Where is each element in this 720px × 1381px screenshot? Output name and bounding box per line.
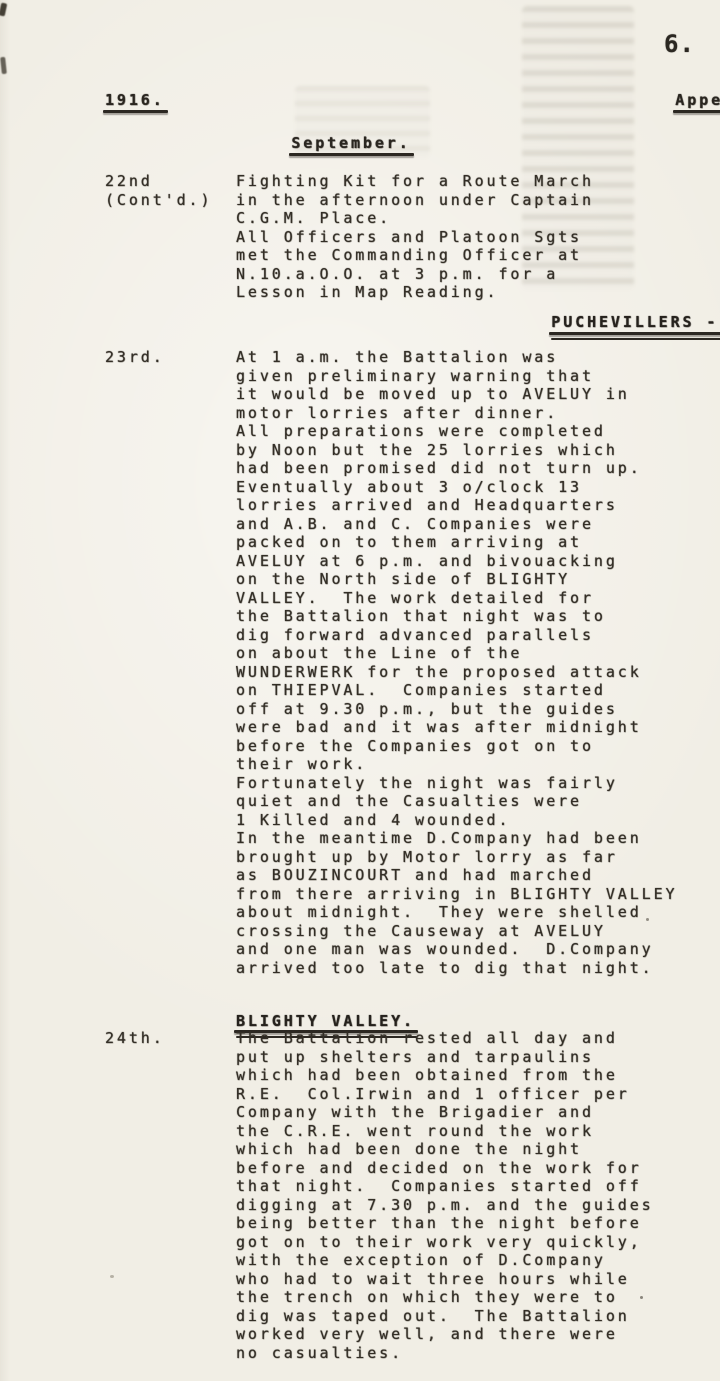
text-line: were bad and it was after midnight	[236, 718, 718, 737]
text-line: from there arriving in BLIGHTY VALLEY	[236, 885, 718, 904]
edge-mark	[0, 57, 7, 74]
page-number: 6.	[664, 30, 695, 58]
ink-speck	[640, 1296, 643, 1299]
text-line: got on to their work very quickly,	[236, 1233, 718, 1252]
text-line: no casualties.	[236, 1344, 718, 1363]
text-line: the C.R.E. went round the work	[236, 1122, 718, 1141]
text-line: the trench on which they were to	[236, 1288, 718, 1307]
text-line: brought up by Motor lorry as far	[236, 848, 718, 867]
text-line: AVELUY at 6 p.m. and bivouacking	[236, 552, 718, 571]
ink-speck	[110, 1275, 114, 1278]
text-line: being better than the night before	[236, 1214, 718, 1233]
text-line: in the afternoon under Captain	[236, 191, 718, 210]
text-line: dig was taped out. The Battalion	[236, 1307, 718, 1326]
text-line: and A.B. and C. Companies were	[236, 515, 718, 534]
text-line: 1 Killed and 4 wounded.	[236, 811, 718, 830]
text-line: and one man was wounded. D.Company	[236, 940, 718, 959]
entry-date-column: 23rd.	[105, 348, 236, 367]
entry-body: The Battalion rested all day andput up s…	[236, 1029, 718, 1362]
entry-date-column: 24th.	[105, 1029, 236, 1048]
text-line: lorries arrived and Headquarters	[236, 496, 718, 515]
section-heading-pucheviller-blighty: PUCHEVILLERS - BLIGHTY VALLEY.	[551, 313, 720, 333]
text-line: motor lorries after dinner.	[236, 404, 718, 423]
text-line: on THIEPVAL. Companies started	[236, 681, 718, 700]
text-line: dig forward advanced parallels	[236, 626, 718, 645]
diary-entry-23rd: 23rd. At 1 a.m. the Battalion wasgiven p…	[105, 348, 718, 977]
entry-body: At 1 a.m. the Battalion wasgiven prelimi…	[236, 348, 718, 977]
text-line: the Battalion that night was to	[236, 607, 718, 626]
text-line: off at 9.30 p.m., but the guides	[236, 700, 718, 719]
entry-date-column: 22nd (Cont'd.)	[105, 172, 236, 209]
text-line: At 1 a.m. the Battalion was	[236, 348, 718, 367]
text-line: In the meantime D.Company had been	[236, 829, 718, 848]
text-line: as BOUZINCOURT and had marched	[236, 866, 718, 885]
text-line: N.10.a.O.O. at 3 p.m. for a	[236, 265, 718, 284]
text-line: Fighting Kit for a Route March	[236, 172, 718, 191]
entry-date: 23rd.	[105, 348, 236, 367]
text-line: Company with the Brigadier and	[236, 1103, 718, 1122]
text-line: it would be moved up to AVELUY in	[236, 385, 718, 404]
text-line: before the Companies got on to	[236, 737, 718, 756]
text-line: on the North side of BLIGHTY	[236, 570, 718, 589]
text-line: worked very well, and there were	[236, 1325, 718, 1344]
text-line: R.E. Col.Irwin and 1 officer per	[236, 1085, 718, 1104]
edge-mark	[0, 3, 7, 17]
text-line: met the Commanding Officer at	[236, 246, 718, 265]
text-line: digging at 7.30 p.m. and the guides	[236, 1196, 718, 1215]
text-line: All Officers and Platoon Sgts	[236, 228, 718, 247]
text-line: arrived too late to dig that night.	[236, 959, 718, 978]
text-line: crossing the Causeway at AVELUY	[236, 922, 718, 941]
text-line: that night. Companies started off	[236, 1177, 718, 1196]
text-line: put up shelters and tarpaulins	[236, 1048, 718, 1067]
text-line: before and decided on the work for	[236, 1159, 718, 1178]
text-line: All preparations were completed	[236, 422, 718, 441]
text-line: which had been done the night	[236, 1140, 718, 1159]
text-line: Lesson in Map Reading.	[236, 283, 718, 302]
month-heading: September.	[291, 134, 410, 154]
text-line: quiet and the Casualties were	[236, 792, 718, 811]
entry-body: Fighting Kit for a Route Marchin the aft…	[236, 172, 718, 302]
text-line: who had to wait three hours while	[236, 1270, 718, 1289]
text-line: by Noon but the 25 lorries which	[236, 441, 718, 460]
document-page: 6. 1916. Appendix. September. 22nd (Cont…	[0, 0, 720, 1381]
entry-date-contd: (Cont'd.)	[105, 191, 236, 210]
diary-entry-24th: 24th. The Battalion rested all day andpu…	[105, 1029, 718, 1362]
text-line: packed on to them arriving at	[236, 533, 718, 552]
ink-speck	[646, 918, 649, 921]
text-line: VALLEY. The work detailed for	[236, 589, 718, 608]
text-line: which had been obtained from the	[236, 1066, 718, 1085]
diary-entry-22nd: 22nd (Cont'd.) Fighting Kit for a Route …	[105, 172, 718, 302]
text-line: their work.	[236, 755, 718, 774]
text-line: WUNDERWERK for the proposed attack	[236, 663, 718, 682]
text-line: given preliminary warning that	[236, 367, 718, 386]
text-line: on about the Line of the	[236, 644, 718, 663]
appendix-label: Appendix.	[675, 91, 720, 111]
text-line: Fortunately the night was fairly	[236, 774, 718, 793]
text-line: with the exception of D.Company	[236, 1251, 718, 1270]
text-line: had been promised did not turn up.	[236, 459, 718, 478]
entry-date: 22nd	[105, 172, 236, 191]
entry-date: 24th.	[105, 1029, 236, 1048]
text-line: Eventually about 3 o/clock 13	[236, 478, 718, 497]
text-line: C.G.M. Place.	[236, 209, 718, 228]
year-heading: 1916.	[105, 91, 165, 111]
text-line: The Battalion rested all day and	[236, 1029, 718, 1048]
